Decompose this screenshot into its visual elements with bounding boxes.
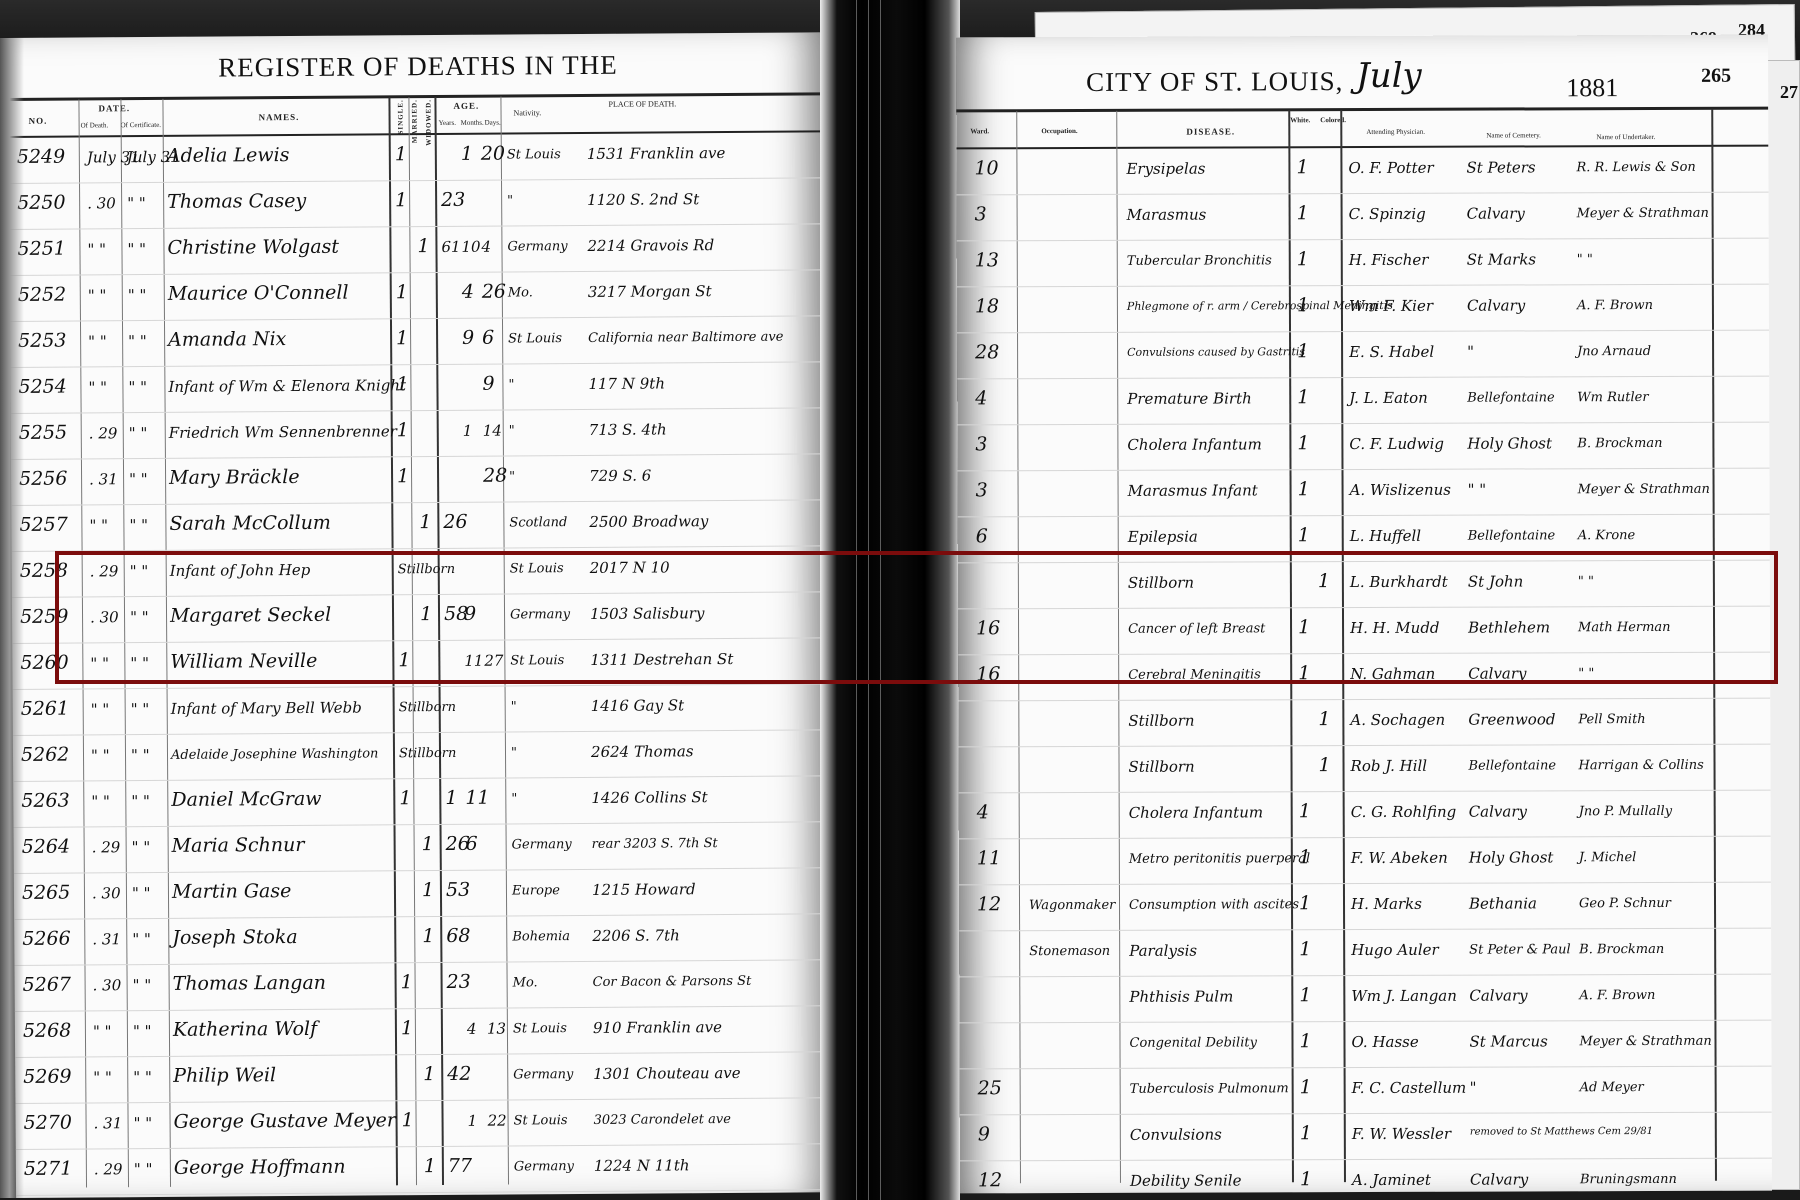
deceased-name: Adelia Lewis xyxy=(167,144,290,167)
table-row: 5269 " " " " Philip Weil 1 42 Germany 13… xyxy=(15,1052,827,1104)
nativity: " xyxy=(511,699,517,714)
undertaker: Jno Arnaud xyxy=(1577,344,1651,359)
table-row: 18 Phlegmone of r. arm / Cerebrospinal M… xyxy=(957,285,1769,334)
attending-physician: E. S. Habel xyxy=(1349,343,1434,361)
undertaker: Wm Rutler xyxy=(1577,390,1648,405)
age-months: 9 xyxy=(462,327,474,349)
undertaker: A. F. Brown xyxy=(1579,988,1655,1003)
age-years: 1 xyxy=(445,787,457,809)
undertaker: A. F. Brown xyxy=(1577,298,1653,313)
age-months: 11 xyxy=(465,787,489,809)
disease: Phthisis Pulm xyxy=(1129,987,1233,1005)
place-of-death: 1531 Franklin ave xyxy=(587,144,726,163)
col-header-no: No. xyxy=(29,116,48,126)
table-row: Stillborn 1 Rob J. Hill Bellefontaine Ha… xyxy=(958,745,1770,794)
nativity: " xyxy=(509,423,515,438)
cemetery: " xyxy=(1467,343,1474,361)
age-days: 20 xyxy=(481,143,505,165)
table-row: 3 Marasmus 1 C. Spinzig Calvary Meyer & … xyxy=(957,193,1769,242)
disease: Debility Senile xyxy=(1130,1171,1242,1189)
nativity: St Louis xyxy=(510,561,564,576)
undertaker: " " xyxy=(1578,666,1594,681)
col-header-nativity: Nativity. xyxy=(514,108,542,117)
record-number: 5251 xyxy=(17,238,66,260)
ward: 3 xyxy=(975,203,987,225)
nativity: Germany xyxy=(513,1067,573,1082)
table-row: 5258 . 29 " " Infant of John Hep Stillbo… xyxy=(12,546,824,598)
white-mark: 1 xyxy=(1298,478,1310,500)
deceased-name: Mary Bräckle xyxy=(169,466,300,489)
white-mark: 1 xyxy=(1297,294,1309,316)
age-months: 1 xyxy=(468,1112,478,1130)
ward: 16 xyxy=(976,663,1000,685)
nativity: Germany xyxy=(507,239,567,254)
undertaker: " " xyxy=(1578,574,1594,589)
cemetery: St Peters xyxy=(1466,158,1535,176)
attending-physician: C. G. Rohlfing xyxy=(1351,803,1457,821)
record-number: 5250 xyxy=(17,192,66,214)
col-header-cemetery: Name of Cemetery. xyxy=(1486,131,1541,139)
place-of-death: 1301 Chouteau ave xyxy=(593,1064,740,1083)
date-of-certificate: " " xyxy=(132,930,151,948)
disease: Congenital Debility xyxy=(1129,1035,1256,1050)
ward: 25 xyxy=(978,1077,1002,1099)
date-of-certificate: " " xyxy=(130,608,149,626)
married-mark: 1 xyxy=(424,1155,436,1177)
ward: 13 xyxy=(975,249,999,271)
place-of-death: rear 3203 S. 7th St xyxy=(592,836,718,852)
single-mark: 1 xyxy=(396,281,408,303)
table-row: 13 Tubercular Bronchitis 1 H. Fischer St… xyxy=(957,239,1769,288)
date-of-death: . 29 xyxy=(92,838,121,856)
left-page: REGISTER OF DEATHS IN THE No. DATE. Of D… xyxy=(8,32,828,1198)
occupation: Stonemason xyxy=(1029,944,1110,959)
deceased-name: Thomas Casey xyxy=(167,190,306,213)
age-days: 28 xyxy=(483,465,507,487)
undertaker: Bruningsmann xyxy=(1580,1172,1677,1187)
deceased-name: Sarah McCollum xyxy=(169,512,331,535)
cemetery: Bellefontaine xyxy=(1467,390,1555,405)
col-header-occupation: Occupation. xyxy=(1041,127,1077,135)
ward: 11 xyxy=(977,847,1001,869)
ward: 12 xyxy=(977,893,1001,915)
col-header-single: Single. xyxy=(396,99,404,134)
record-number: 5262 xyxy=(21,744,70,766)
record-number: 5265 xyxy=(22,882,71,904)
place-of-death: 2017 N 10 xyxy=(590,558,670,577)
age-months: 4 xyxy=(467,1020,477,1038)
disease: Cancer of left Breast xyxy=(1128,621,1265,636)
place-of-death: 2624 Thomas xyxy=(591,742,694,761)
deceased-name: Martin Gase xyxy=(172,880,292,903)
married-mark: 1 xyxy=(422,925,434,947)
ward: 10 xyxy=(974,157,998,179)
record-number: 5260 xyxy=(20,652,69,674)
deceased-name: Infant of John Hep xyxy=(170,561,311,580)
date-of-certificate: " " xyxy=(132,838,151,856)
date-of-death: . 29 xyxy=(89,424,118,442)
place-of-death: 1416 Gay St xyxy=(591,696,685,715)
page-number: 265 xyxy=(1701,65,1731,88)
attending-physician: H. Fischer xyxy=(1349,251,1429,269)
deceased-name: Maria Schnur xyxy=(172,834,305,857)
disease: Consumption with ascites xyxy=(1129,897,1299,913)
col-header-of-certificate: Of Certificate. xyxy=(121,121,161,129)
date-of-death: " " xyxy=(93,1068,112,1086)
nativity: St Louis xyxy=(507,147,561,162)
record-number: 5261 xyxy=(21,698,70,720)
deceased-name: Amanda Nix xyxy=(168,328,286,351)
table-row: 5271 . 29 " " George Hoffmann 1 77 Germa… xyxy=(16,1144,828,1196)
place-of-death: 1120 S. 2nd St xyxy=(587,190,699,209)
table-row: 5268 " " " " Katherina Wolf 1 4 13 St Lo… xyxy=(15,1006,827,1058)
table-row: 3 Cholera Infantum 1 C. F. Ludwig Holy G… xyxy=(957,423,1769,472)
place-of-death: 2214 Gravois Rd xyxy=(587,236,714,255)
date-of-certificate: " " xyxy=(133,1022,152,1040)
deceased-name: Friedrich Wm Sennenbrenner xyxy=(169,422,397,442)
date-of-death: " " xyxy=(91,700,110,718)
deceased-name: George Gustave Meyer xyxy=(173,1109,395,1133)
disease: Erysipelas xyxy=(1126,160,1205,178)
record-number: 5249 xyxy=(17,146,66,168)
cemetery: Greenwood xyxy=(1468,710,1555,728)
cemetery: St John xyxy=(1468,572,1524,590)
white-mark: 1 xyxy=(1299,938,1311,960)
attending-physician: O. F. Potter xyxy=(1348,159,1433,177)
colored-mark: 1 xyxy=(1318,754,1330,776)
date-of-certificate: " " xyxy=(130,654,149,672)
ward: 12 xyxy=(978,1169,1002,1191)
date-of-death: . 29 xyxy=(94,1160,123,1178)
attending-physician: Wm F. Kier xyxy=(1349,297,1433,315)
place-of-death: 117 N 9th xyxy=(588,374,665,393)
age-days: 9 xyxy=(482,373,494,395)
col-header-place-of-death: PLACE OF DEATH. xyxy=(608,99,676,108)
single-mark: 1 xyxy=(396,327,408,349)
white-mark: 1 xyxy=(1298,662,1310,684)
undertaker: Jno P. Mullally xyxy=(1579,804,1672,819)
col-header-date: DATE. xyxy=(98,103,130,113)
cemetery: Bellefontaine xyxy=(1468,528,1556,543)
cemetery: removed to St Matthews Cem 29/81 xyxy=(1470,1126,1653,1138)
cemetery: St Peter & Paul xyxy=(1469,942,1571,957)
right-page: CITY OF ST. LOUIS, July 1881 265 Ward. O… xyxy=(956,35,1772,1194)
attending-physician: L. Huffell xyxy=(1350,527,1421,545)
table-row: 5256 . 31 " " Mary Bräckle 1 28 " 729 S.… xyxy=(11,454,823,506)
married-mark: 1 xyxy=(422,833,434,855)
cemetery: Calvary xyxy=(1467,296,1525,314)
nativity: Mo. xyxy=(508,285,533,300)
white-mark: 1 xyxy=(1297,432,1309,454)
disease: Marasmus Infant xyxy=(1128,481,1258,499)
single-mark: 1 xyxy=(401,1109,413,1131)
col-header-undertaker: Name of Undertaker. xyxy=(1596,133,1655,141)
record-number: 5255 xyxy=(19,422,68,444)
age-years: 42 xyxy=(447,1063,471,1085)
undertaker: J. Michel xyxy=(1579,850,1637,865)
single-mark: 1 xyxy=(396,373,408,395)
date-of-certificate: " " xyxy=(133,976,152,994)
stillborn-mark: Stillborn xyxy=(399,746,456,761)
table-row: Stillborn 1 A. Sochagen Greenwood Pell S… xyxy=(958,699,1770,748)
cemetery: Calvary xyxy=(1470,1170,1528,1188)
date-of-certificate: " " xyxy=(133,1068,152,1086)
record-number: 5257 xyxy=(19,514,68,536)
table-row: 5255 . 29 " " Friedrich Wm Sennenbrenner… xyxy=(11,408,823,460)
table-row: 11 Metro peritonitis puerperal 1 F. W. A… xyxy=(959,837,1771,886)
date-of-certificate: " " xyxy=(128,286,147,304)
cemetery: Calvary xyxy=(1468,664,1526,682)
table-row: 10 Erysipelas 1 O. F. Potter St Peters R… xyxy=(956,147,1768,196)
married-mark: 1 xyxy=(417,235,429,257)
table-row: 6 Epilepsia 1 L. Huffell Bellefontaine A… xyxy=(958,515,1770,564)
attending-physician: N. Gahman xyxy=(1350,665,1435,683)
attending-physician: A. Wislizenus xyxy=(1350,481,1451,499)
date-of-death: " " xyxy=(91,746,110,764)
disease: Epilepsia xyxy=(1128,528,1198,546)
cemetery: " " xyxy=(1468,481,1487,499)
date-of-death: " " xyxy=(88,332,107,350)
record-number: 5267 xyxy=(23,974,72,996)
deceased-name: Katherina Wolf xyxy=(173,1018,317,1041)
age-days: 13 xyxy=(487,1020,506,1038)
record-number: 5264 xyxy=(22,836,71,858)
single-mark: 1 xyxy=(401,1017,413,1039)
date-of-death: . 30 xyxy=(90,608,119,626)
col-header-days: Days. xyxy=(485,119,501,127)
attending-physician: F. W. Abeken xyxy=(1351,849,1448,867)
attending-physician: H. H. Mudd xyxy=(1350,619,1440,637)
nativity: " xyxy=(509,469,515,484)
table-row: 25 Tuberculosis Pulmonum 1 F. C. Castell… xyxy=(960,1067,1772,1116)
attending-physician: C. Spinzig xyxy=(1349,205,1426,223)
table-row: 5253 " " " " Amanda Nix 1 9 6 St Louis C… xyxy=(10,316,822,368)
date-of-death: " " xyxy=(88,378,107,396)
attending-physician: Rob J. Hill xyxy=(1350,757,1427,775)
attending-physician: F. C. Castellum xyxy=(1352,1079,1467,1097)
ward: 18 xyxy=(975,295,999,317)
date-of-death: . 31 xyxy=(92,930,121,948)
date-of-certificate: " " xyxy=(132,884,151,902)
place-of-death: 910 Franklin ave xyxy=(593,1018,722,1037)
date-of-certificate: " " xyxy=(129,424,148,442)
cemetery: " xyxy=(1470,1079,1477,1097)
attending-physician: J. L. Eaton xyxy=(1349,389,1428,407)
deceased-name: William Neville xyxy=(170,650,317,673)
undertaker: Meyer & Strathman xyxy=(1577,206,1709,221)
table-row: 5254 " " " " Infant of Wm & Elenora Knig… xyxy=(10,362,822,414)
age-months: 1 xyxy=(461,143,473,165)
record-number: 5269 xyxy=(23,1066,72,1088)
date-of-death: " " xyxy=(88,286,107,304)
age-days: 14 xyxy=(483,422,502,440)
white-mark: 1 xyxy=(1297,386,1309,408)
table-row: 12 Wagonmaker Consumption with ascites 1… xyxy=(959,883,1771,932)
col-header-names: NAMES. xyxy=(259,112,300,122)
record-number: 5259 xyxy=(20,606,69,628)
table-row: 5257 " " " " Sarah McCollum 1 26 Scotlan… xyxy=(11,500,823,552)
single-mark: 1 xyxy=(395,143,407,165)
deceased-name: Christine Wolgast xyxy=(167,236,339,259)
record-number: 5263 xyxy=(21,790,70,812)
colored-mark: 1 xyxy=(1318,570,1330,592)
table-row: 5263 " " " " Daniel McGraw 1 1 11 " 1426… xyxy=(13,776,825,828)
table-row: Congenital Debility 1 O. Hasse St Marcus… xyxy=(959,1021,1771,1070)
nativity: St Louis xyxy=(510,653,564,668)
nativity: Germany xyxy=(510,607,570,622)
place-of-death: California near Baltimore ave xyxy=(588,330,783,346)
place-of-death: 2500 Broadway xyxy=(589,512,708,531)
attending-physician: C. F. Ludwig xyxy=(1349,435,1444,453)
deceased-name: George Hoffmann xyxy=(174,1156,346,1179)
disease: Tuberculosis Pulmonum xyxy=(1130,1081,1289,1097)
page-edge-shadow xyxy=(0,38,24,1198)
undertaker: R. R. Lewis & Son xyxy=(1576,160,1695,175)
record-number: 5271 xyxy=(24,1158,73,1180)
cemetery: Holy Ghost xyxy=(1469,848,1554,866)
age-years: 61 xyxy=(441,238,460,256)
nativity: " xyxy=(511,745,517,760)
nativity: Europe xyxy=(512,883,560,898)
undertaker: B. Brockman xyxy=(1579,942,1664,957)
col-header-months: Months. xyxy=(461,119,484,127)
white-mark: 1 xyxy=(1300,1122,1312,1144)
table-row: 5262 " " " " Adelaide Josephine Washingt… xyxy=(13,730,825,782)
date-of-certificate: " " xyxy=(129,470,148,488)
nativity: Bohemia xyxy=(512,929,570,944)
nativity: Scotland xyxy=(509,515,567,530)
white-mark: 1 xyxy=(1299,892,1311,914)
record-number: 5266 xyxy=(22,928,71,950)
place-of-death: 2206 S. 7th xyxy=(592,926,680,945)
single-mark: 1 xyxy=(398,649,410,671)
table-row: 3 Marasmus Infant 1 A. Wislizenus " " Me… xyxy=(957,469,1769,518)
date-of-death: . 30 xyxy=(92,884,121,902)
date-of-certificate: " " xyxy=(127,240,146,258)
disease: Stillborn xyxy=(1128,712,1194,730)
undertaker: Pell Smith xyxy=(1578,712,1645,727)
single-mark: 1 xyxy=(399,787,411,809)
date-of-death: . 30 xyxy=(93,976,122,994)
attending-physician: F. W. Wessler xyxy=(1352,1125,1451,1143)
date-of-death: " " xyxy=(89,516,108,534)
age-years: 68 xyxy=(446,925,470,947)
age-years: 77 xyxy=(448,1155,472,1177)
table-row: 16 Cerebral Meningitis 1 N. Gahman Calva… xyxy=(958,653,1770,702)
date-of-certificate: " " xyxy=(128,332,147,350)
table-row: 5267 . 30 " " Thomas Langan 1 23 Mo. Cor… xyxy=(14,960,826,1012)
white-mark: 1 xyxy=(1298,524,1310,546)
date-of-death: . 31 xyxy=(94,1114,123,1132)
table-row: 28 Convulsions caused by Gastritis 1 E. … xyxy=(957,331,1769,380)
stillborn-mark: Stillborn xyxy=(398,562,455,577)
col-header-white: White. xyxy=(1290,116,1310,124)
table-row: 5266 . 31 " " Joseph Stoka 1 68 Bohemia … xyxy=(14,914,826,966)
record-number: 5252 xyxy=(18,284,67,306)
date-of-certificate: " " xyxy=(134,1114,153,1132)
ward: 9 xyxy=(978,1123,990,1145)
ward: 16 xyxy=(976,617,1000,639)
col-header-of-death: Of Death. xyxy=(81,121,109,129)
cemetery: Bethania xyxy=(1469,894,1537,912)
age-months: 11 xyxy=(464,652,483,670)
book-gutter xyxy=(820,0,960,1200)
undertaker: " " xyxy=(1577,252,1593,267)
undertaker: Meyer & Strathman xyxy=(1579,1034,1711,1049)
date-of-certificate: " " xyxy=(129,516,148,534)
table-row: 9 Convulsions 1 F. W. Wessler removed to… xyxy=(960,1113,1772,1162)
age-days: 6 xyxy=(482,327,494,349)
white-mark: 1 xyxy=(1299,1030,1311,1052)
table-row: 5264 . 29 " " Maria Schnur 1 26 6 German… xyxy=(14,822,826,874)
place-of-death: Cor Bacon & Parsons St xyxy=(593,974,752,990)
white-mark: 1 xyxy=(1297,340,1309,362)
disease: Cholera Infantum xyxy=(1127,435,1261,453)
nativity: St Louis xyxy=(508,331,562,346)
cemetery: Holy Ghost xyxy=(1467,434,1552,452)
age-months: 9 xyxy=(464,603,476,625)
record-number: 5258 xyxy=(20,560,69,582)
date-of-certificate: " " xyxy=(131,700,150,718)
place-of-death: 1311 Destrehan St xyxy=(590,650,733,669)
age-years: 26 xyxy=(443,511,467,533)
table-row: Stonemason Paralysis 1 Hugo Auler St Pet… xyxy=(959,929,1771,978)
record-number: 5270 xyxy=(23,1112,72,1134)
single-mark: 1 xyxy=(397,465,409,487)
place-of-death: 1224 N 11th xyxy=(594,1156,690,1175)
date-of-certificate: " " xyxy=(127,194,146,212)
white-mark: 1 xyxy=(1299,846,1311,868)
date-of-death: . 29 xyxy=(90,562,119,580)
stillborn-mark: Stillborn xyxy=(399,700,456,715)
undertaker: Math Herman xyxy=(1578,620,1671,635)
nativity: Germany xyxy=(512,837,572,852)
disease: Tubercular Bronchitis xyxy=(1127,253,1272,269)
deceased-name: Daniel McGraw xyxy=(171,788,321,811)
white-mark: 1 xyxy=(1300,1076,1312,1098)
table-row: Phthisis Pulm 1 Wm J. Langan Calvary A. … xyxy=(959,975,1771,1024)
undertaker: B. Brockman xyxy=(1577,436,1662,451)
nativity: " xyxy=(511,791,517,806)
undertaker: Ad Meyer xyxy=(1580,1080,1644,1095)
date-of-certificate: " " xyxy=(131,792,150,810)
deceased-name: Philip Weil xyxy=(173,1064,276,1087)
table-row: 5260 " " " " William Neville 1 11 27 St … xyxy=(12,638,824,690)
header-rule xyxy=(956,107,1768,113)
col-header-ward: Ward. xyxy=(970,127,989,135)
married-mark: 1 xyxy=(419,511,431,533)
age-months: 6 xyxy=(466,833,478,855)
page-title: CITY OF ST. LOUIS, xyxy=(1086,66,1343,98)
place-of-death: 1215 Howard xyxy=(592,880,696,899)
ward: 28 xyxy=(975,341,999,363)
disease: Stillborn xyxy=(1128,574,1194,592)
age-months: 1 xyxy=(463,422,473,440)
date-of-death: " " xyxy=(90,654,109,672)
date-of-certificate: " " xyxy=(134,1160,153,1178)
col-header-age: AGE. xyxy=(453,101,479,111)
place-of-death: 3217 Morgan St xyxy=(588,282,712,301)
age-days: 26 xyxy=(482,281,506,303)
occupation: Wagonmaker xyxy=(1029,898,1115,913)
cemetery: St Marcus xyxy=(1469,1032,1547,1050)
attending-physician: Hugo Auler xyxy=(1351,941,1439,959)
attending-physician: A. Jaminet xyxy=(1352,1171,1431,1189)
white-mark: 1 xyxy=(1297,202,1309,224)
disease: Cerebral Meningitis xyxy=(1128,667,1261,682)
deceased-name: Joseph Stoka xyxy=(172,926,298,949)
age-months: 4 xyxy=(462,281,474,303)
